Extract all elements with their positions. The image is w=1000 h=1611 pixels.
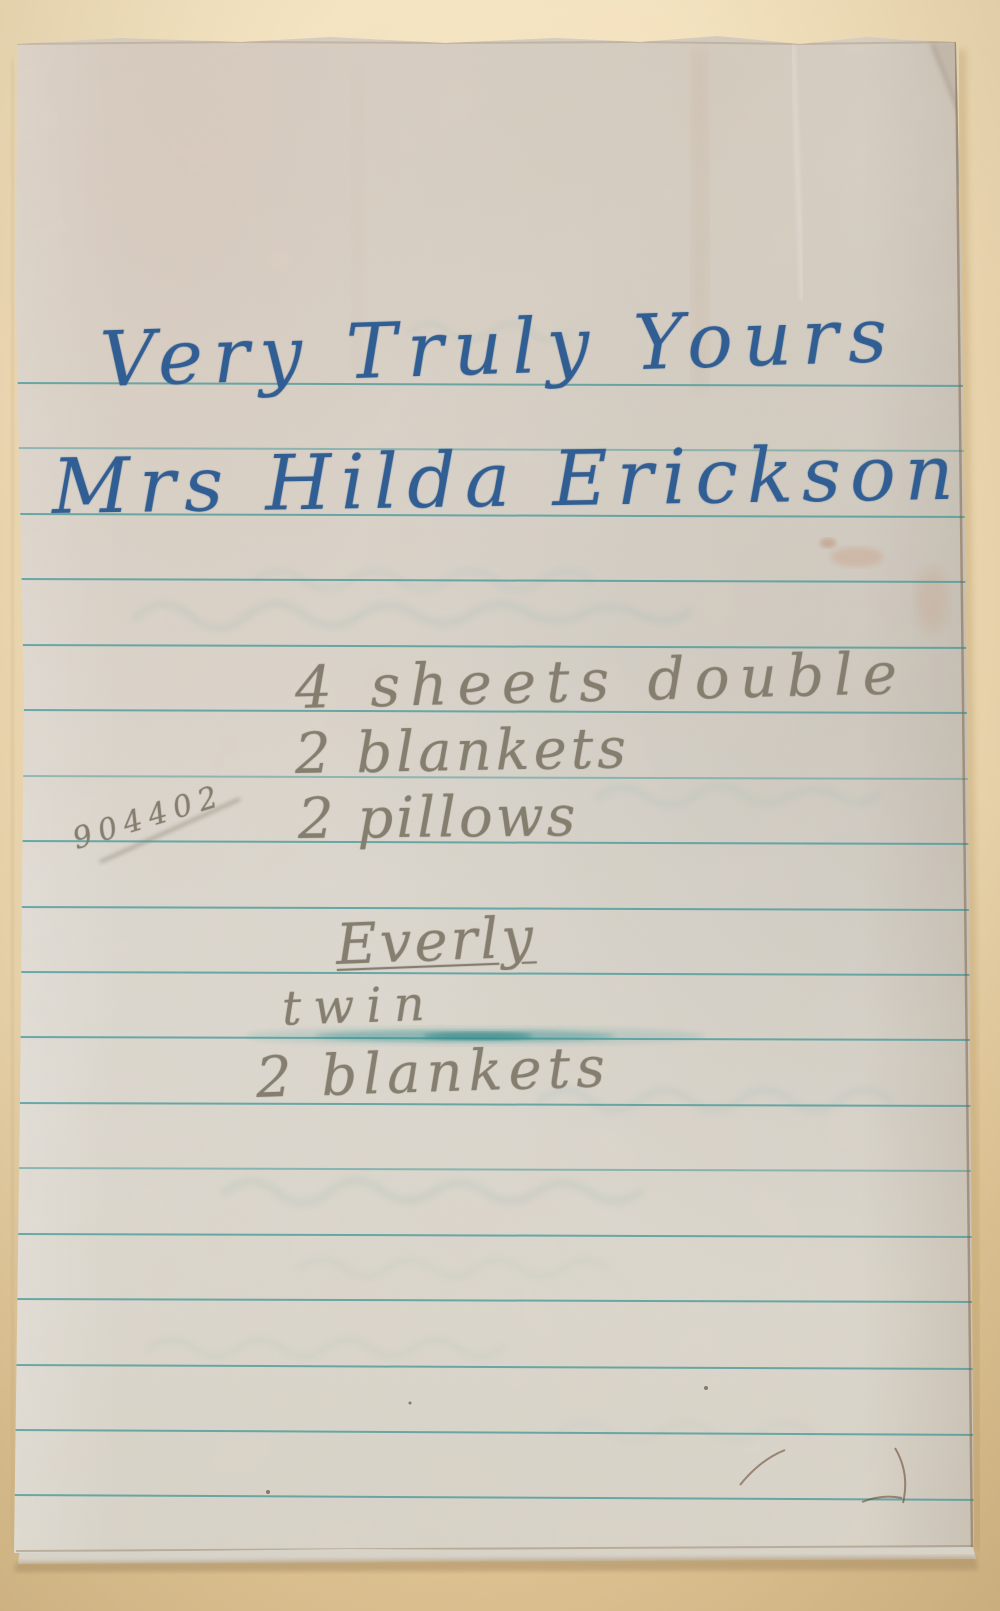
- list-item-sheets: 4 sheets double: [294, 644, 907, 717]
- list-item-pillows: 2 pillows: [298, 789, 579, 848]
- list-item-blankets: 2 blankets: [295, 721, 631, 783]
- note-paper: Very Truly Yours Mrs Hilda Erickson 4 sh…: [0, 0, 1000, 1611]
- margin-number: 904402: [70, 781, 228, 855]
- note-item: 2 blankets: [255, 1040, 612, 1107]
- note-heading: Everly: [335, 910, 537, 974]
- photo-of-handwritten-note: Very Truly Yours Mrs Hilda Erickson 4 sh…: [0, 0, 1000, 1611]
- paper-specks: [266, 1386, 708, 1494]
- closing-line: Very Truly Yours: [99, 297, 898, 398]
- signature-line: Mrs Hilda Erickson: [51, 435, 963, 525]
- note-subheading: twin: [281, 980, 437, 1033]
- paper-fibres: [740, 1448, 905, 1503]
